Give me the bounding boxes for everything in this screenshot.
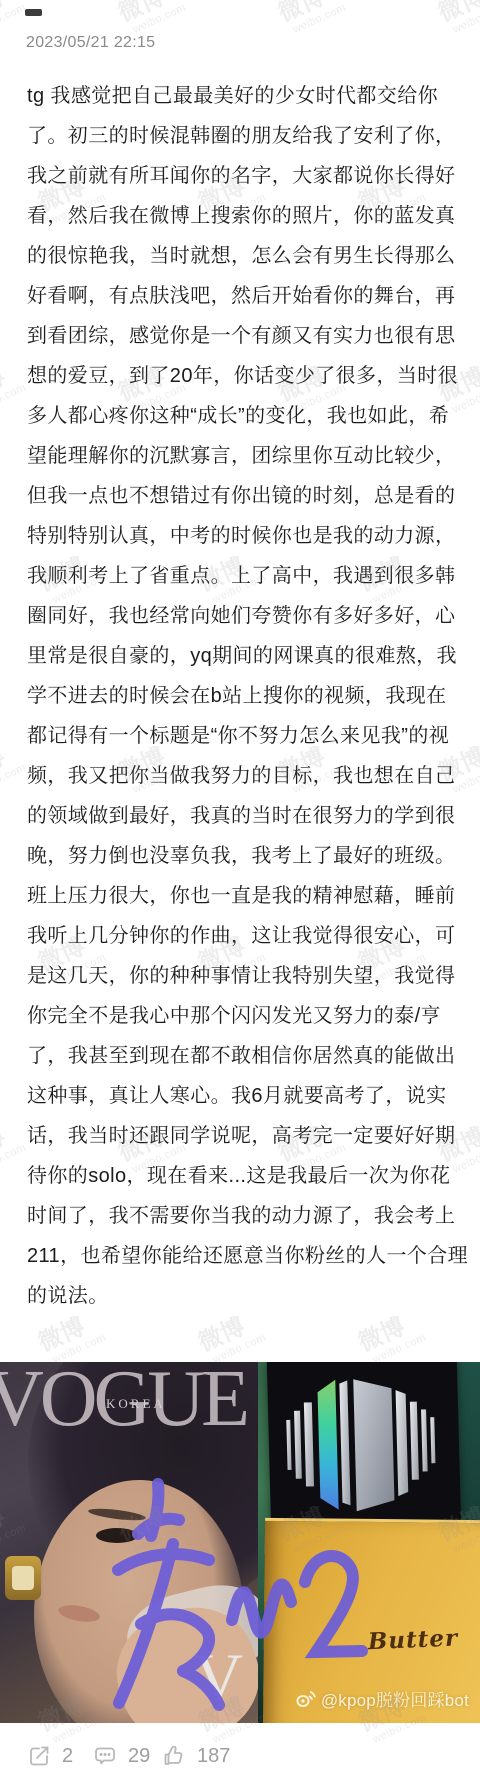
post-body-line: 晚，努力倒也没辜负我，我考上了最好的班级。 [27,836,473,876]
weibo-watermark: 微博weibo.com [355,1309,428,1368]
post-body-line: 的领域做到最好，我真的当时在很努力的学到很 [27,796,473,836]
post-body-line: 你完全不是我心中那个闪闪发光又努力的泰/亨 [27,996,473,1036]
thumbs-up-icon [162,1744,186,1768]
post-body-line: 211，也希望你能给还愿意当你粉丝的人一个合理 [27,1236,473,1276]
weibo-post-screenshot: 2023/05/21 22:15 tg 我感觉把自己最最美好的少女时代都交给你了… [0,0,480,1783]
post-body-line: 是这几天，你的种种事情让我特别失望，我觉得 [27,956,473,996]
post-body-line: 频，我又把你当做我努力的目标，我也想在自己 [27,756,473,796]
post-body-line: 到看团综，感觉你是一个有颜又有实力也很有思 [27,316,473,356]
like-count: 187 [197,1745,230,1768]
post-body-line: 的很惊艳我，当时就想，怎么会有男生长得那么 [27,236,473,276]
weibo-watermark: 微博weibo.com [0,1119,28,1178]
post-body: tg 我感觉把自己最最美好的少女时代都交给你了。初三的时候混韩圈的朋友给我了安利… [27,76,473,1316]
weibo-watermark: 微博weibo.com [35,1309,108,1368]
weibo-watermark: 微博weibo.com [0,0,28,38]
post-body-line: 圈同好，我也经常向她们夸赞你有多好多好，心 [27,596,473,636]
redacted-username [25,9,42,16]
comment-button[interactable]: 29 [93,1744,150,1768]
post-body-line: 我听上几分钟你的作曲，这让我觉得很安心，可 [27,916,473,956]
post-body-line: 话，我当时还跟同学说呢，高考完一定要好好期 [27,1116,473,1156]
repost-button[interactable]: 2 [27,1744,73,1768]
post-body-line: 我之前就有所耳闻你的名字，大家都说你长得好 [27,156,473,196]
post-body-line: 里常是很自豪的，yq期间的网课真的很难熬，我 [27,636,473,676]
comment-icon [93,1744,117,1768]
like-button[interactable]: 187 [162,1744,230,1768]
post-body-line: 都记得有一个标题是“你不努力怎么来见我”的视 [27,716,473,756]
weibo-watermark: 微博weibo.com [435,0,480,38]
post-body-line: 的说法。 [27,1276,473,1316]
weibo-watermark: 微博weibo.com [275,0,348,38]
weibo-logo-icon [295,1689,316,1708]
post-body-line: 班上压力很大，你也一直是我的精神慰藉，睡前 [27,876,473,916]
post-body-line: 我顺利考上了省重点。上了高中，我遇到很多韩 [27,556,473,596]
comment-count: 29 [128,1745,150,1768]
weibo-watermark: 微博weibo.com [0,359,28,418]
weibo-watermark: 微博weibo.com [0,739,28,798]
post-body-line: 了，我甚至到现在都不敢相信你居然真的能做出 [27,1036,473,1076]
proof-album [267,1362,462,1537]
cover-letter-v: V [194,1638,243,1717]
cover-model-eye [96,1528,138,1543]
post-body-line: 待你的solo，现在看来...这是我最后一次为你花 [27,1156,473,1196]
post-body-line: tg 我感觉把自己最最美好的少女时代都交给你 [27,76,473,116]
weibo-watermark: 微博weibo.com [195,1309,268,1368]
action-bar: 2 29 187 [0,1738,480,1783]
repost-count: 2 [62,1745,73,1768]
post-body-line: 好看啊，有点肤浅吧，然后开始看你的舞台，再 [27,276,473,316]
post-body-line: 多人都心疼你这种“成长”的变化，我也如此，希 [27,396,473,436]
vogue-region-label: KOREA [106,1396,166,1412]
post-body-line: 这种事，真让人寒心。我6月就要高考了，说实 [27,1076,473,1116]
post-timestamp: 2023/05/21 22:15 [26,34,155,52]
vogue-magazine-cover: VOGUE KOREA V [0,1362,258,1723]
post-body-line: 了。初三的时候混韩圈的朋友给我了安利了你， [27,116,473,156]
post-body-line: 时间了，我不需要你当我的动力源了，我会考上 [27,1196,473,1236]
photo-credit-watermark: @kpop脱粉回踩bot [295,1686,469,1711]
post-body-line: 学不进去的时候会在b站上搜你的视频，我现在 [27,676,473,716]
butter-album-title: Butter [367,1625,458,1656]
weibo-watermark: 微博weibo.com [115,0,188,38]
post-body-line: 望能理解你的沉默寡言，团综里你互动比较少， [27,436,473,476]
post-body-line: 但我一点也不想错过有你出镜的时刻，总是看的 [27,476,473,516]
post-photo[interactable]: VOGUE KOREA V [0,1362,480,1723]
cover-model-watch [5,1556,41,1600]
post-body-line: 特别特别认真，中考的时候你也是我的动力源， [27,516,473,556]
proof-logo-icon [283,1369,445,1519]
post-body-line: 看，然后我在微博上搜索你的照片，你的蓝发真 [27,196,473,236]
photo-credit-text: @kpop脱粉回踩bot [321,1686,469,1711]
post-body-line: 想的爱豆，到了20年，你话变少了很多，当时很 [27,356,473,396]
repost-icon [27,1744,51,1768]
